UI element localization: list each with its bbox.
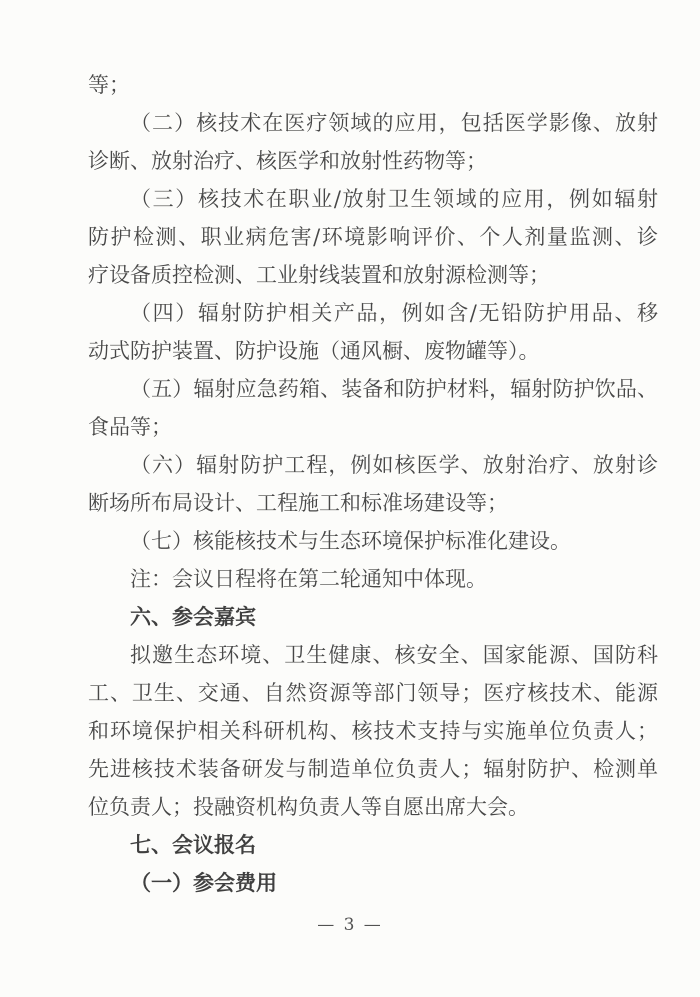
section-heading: 六、参会嘉宾 (88, 598, 658, 636)
note-line: 注：会议日程将在第二轮通知中体现。 (88, 560, 658, 598)
text-line: 诊断、放射治疗、核医学和放射性药物等； (88, 142, 658, 180)
text-line: 拟邀生态环境、卫生健康、核安全、国家能源、国防科 (88, 636, 658, 674)
text-line: （三）核技术在职业/放射卫生领域的应用，例如辐射 (88, 180, 658, 218)
text-line: 等； (88, 66, 658, 104)
text-line: （七）核能核技术与生态环境保护标准化建设。 (88, 522, 658, 560)
text-line: 位负责人；投融资机构负责人等自愿出席大会。 (88, 788, 658, 826)
scanned-document-page: { "colors": { "paper": "#fcfcfa", "ink":… (0, 0, 700, 997)
subsection-heading: （一）参会费用 (88, 864, 658, 902)
text-line: 先进核技术装备研发与制造单位负责人；辐射防护、检测单 (88, 750, 658, 788)
text-line: 工、卫生、交通、自然资源等部门领导；医疗核技术、能源 (88, 674, 658, 712)
text-line: （四）辐射防护相关产品，例如含/无铅防护用品、移 (88, 294, 658, 332)
text-line: 疗设备质控检测、工业射线装置和放射源检测等； (88, 256, 658, 294)
text-line: 和环境保护相关科研机构、核技术支持与实施单位负责人； (88, 712, 658, 750)
text-line: 防护检测、职业病危害/环境影响评价、个人剂量监测、诊 (88, 218, 658, 256)
section-heading: 七、会议报名 (88, 826, 658, 864)
text-line: 食品等； (88, 408, 658, 446)
text-line: （六）辐射防护工程，例如核医学、放射治疗、放射诊 (88, 446, 658, 484)
text-line: （二）核技术在医疗领域的应用，包括医学影像、放射 (88, 104, 658, 142)
document-body: 等； （二）核技术在医疗领域的应用，包括医学影像、放射 诊断、放射治疗、核医学和… (88, 66, 658, 902)
text-line: 断场所布局设计、工程施工和标准场建设等； (88, 484, 658, 522)
text-line: （五）辐射应急药箱、装备和防护材料，辐射防护饮品、 (88, 370, 658, 408)
text-line: 动式防护装置、防护设施（通风橱、废物罐等）。 (88, 332, 658, 370)
page-number: — 3 — (0, 912, 700, 938)
